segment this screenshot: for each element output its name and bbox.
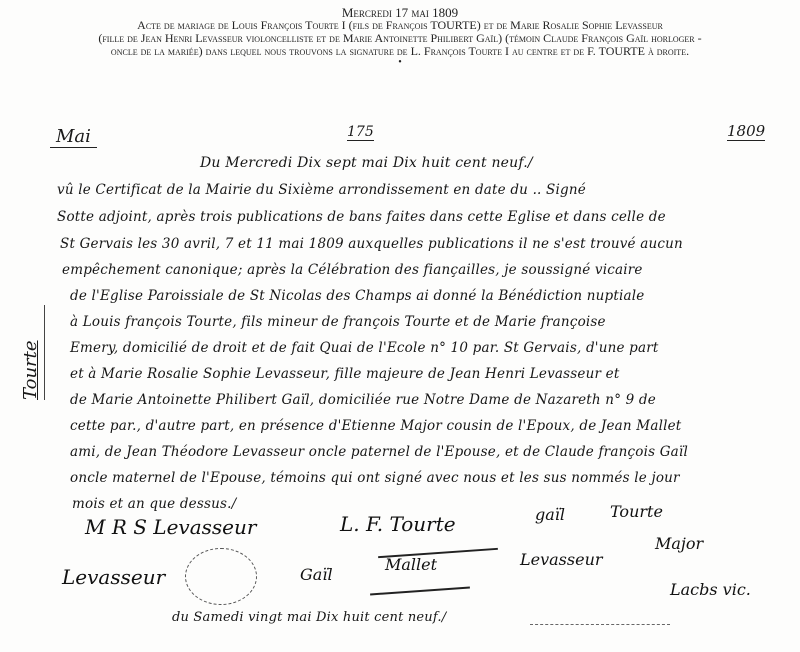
folio-number: 175 xyxy=(347,124,374,141)
seal-mark xyxy=(185,548,257,605)
year-heading: 1809 xyxy=(727,122,765,141)
signature-major: Major xyxy=(655,534,703,553)
footer-line: du Samedi vingt mai Dix huit cent neuf./ xyxy=(172,610,446,625)
signature-priest: Lacbs vic. xyxy=(670,580,751,599)
manuscript-line-5: empêchement canonique; après la Célébrat… xyxy=(62,262,643,278)
manuscript-line-3: Sotte adjoint, après trois publications … xyxy=(57,209,666,225)
manuscript-line-10: de Marie Antoinette Philibert Gaïl, domi… xyxy=(70,392,656,408)
manuscript-line-2: vû le Certificat de la Mairie du Sixième… xyxy=(57,182,586,198)
manuscript-line-12: ami, de Jean Théodore Levasseur oncle pa… xyxy=(70,444,688,460)
header-bullet: • xyxy=(0,58,800,68)
manuscript-line-14: mois et an que dessus./ xyxy=(72,496,236,512)
signature-f-tourte: Tourte xyxy=(610,502,663,521)
manuscript-line-7: à Louis françois Tourte, fils mineur de … xyxy=(70,314,606,330)
signature-levasseur-2: Levasseur xyxy=(62,565,165,589)
signature-mallet: Mallet xyxy=(385,555,437,574)
manuscript-line-8: Emery, domicilié de droit et de fait Qua… xyxy=(70,340,659,356)
signature-gail-2: Gaïl xyxy=(300,565,333,584)
signature-levasseur-3: Levasseur xyxy=(520,550,603,569)
footer-dotted-line xyxy=(530,624,670,625)
mallet-flourish xyxy=(370,587,470,596)
margin-name-text: Tourte xyxy=(20,340,41,400)
manuscript-line-11: cette par., d'autre part, en présence d'… xyxy=(70,418,681,434)
manuscript-line-1: Du Mercredi Dix sept mai Dix huit cent n… xyxy=(200,155,533,171)
month-heading: Mai xyxy=(50,126,97,148)
manuscript-line-4: St Gervais les 30 avril, 7 et 11 mai 180… xyxy=(60,236,683,252)
manuscript-line-9: et à Marie Rosalie Sophie Levasseur, fil… xyxy=(70,366,619,382)
margin-name: Tourte xyxy=(20,340,41,400)
signature-l-f-tourte: L. F. Tourte xyxy=(340,512,456,536)
manuscript-line-6: de l'Eglise Paroissiale de St Nicolas de… xyxy=(70,288,644,304)
margin-rule xyxy=(44,305,45,400)
signature-gail-1: gaïl xyxy=(535,505,565,524)
signature-levasseur-mrs: M R S Levasseur xyxy=(85,515,256,539)
manuscript-line-13: oncle maternel de l'Epouse, témoins qui … xyxy=(70,470,680,486)
printed-header: Mercredi 17 mai 1809 Acte de mariage de … xyxy=(0,0,800,68)
